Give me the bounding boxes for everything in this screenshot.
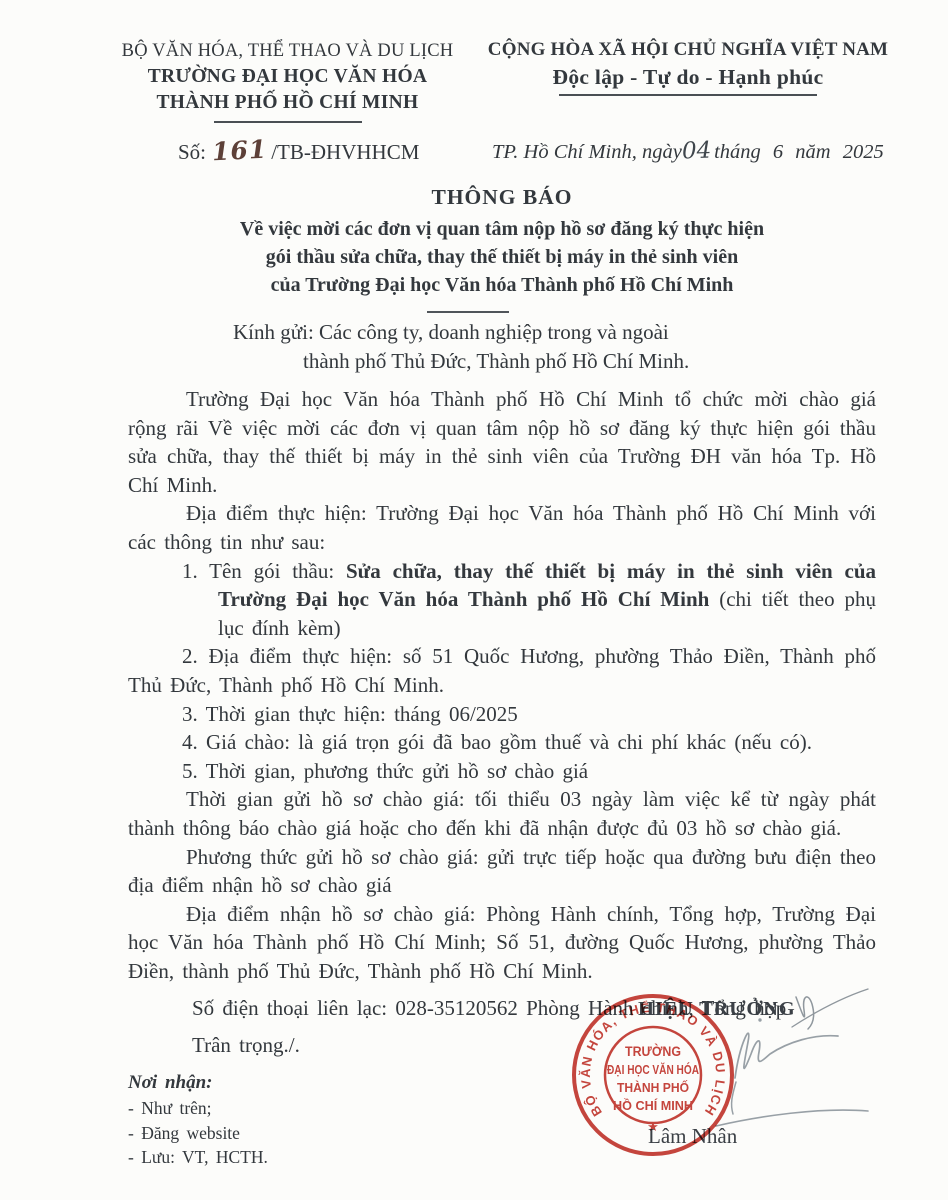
document-page: BỘ VĂN HÓA, THỂ THAO VÀ DU LỊCH TRƯỜNG Đ… <box>0 0 948 1200</box>
recipient-line2: thành phố Thủ Đức, Thành phố Hồ Chí Minh… <box>128 347 768 376</box>
national-motto: Độc lập - Tự do - Hạnh phúc <box>478 62 898 93</box>
list-item-4: 4. Giá chào: là giá trọn gói đã bao gồm … <box>128 728 876 757</box>
signature-dot <box>758 1018 761 1021</box>
org-underline <box>214 121 362 123</box>
university-name-line2: THÀNH PHỐ HỒ CHÍ MINH <box>95 90 480 116</box>
stamp-inner-line2: ĐẠI HỌC VĂN HÓA <box>607 1062 699 1077</box>
motto-underline <box>559 94 817 96</box>
doc-number-suffix: /TB-ĐHVHHCM <box>271 140 419 164</box>
doc-number-label: Số: <box>178 140 206 164</box>
parent-ministry-name: BỘ VĂN HÓA, THỂ THAO VÀ DU LỊCH <box>95 38 480 64</box>
doc-subtitle-line3: của Trường Đại học Văn hóa Thành phố Hồ … <box>128 271 876 299</box>
official-stamp: BỘ VĂN HÓA, THỂ THAO VÀ DU LỊCH TRƯỜNG Đ… <box>568 990 738 1160</box>
body-paragraph-3: Thời gian gửi hồ sơ chào giá: tối thiểu … <box>128 785 876 842</box>
item1-prefix: 1. Tên gói thầu: <box>182 559 346 583</box>
signature-stroke-main <box>735 1033 838 1078</box>
list-item-3: 3. Thời gian thực hiện: tháng 06/2025 <box>128 700 876 729</box>
title-block: THÔNG BÁO Về việc mời các đơn vị quan tâ… <box>128 184 876 299</box>
doc-date-line: TP. Hồ Chí Minh, ngày04tháng 6 năm 2025 <box>492 138 884 164</box>
recipient-block: Kính gửi: Các công ty, doanh nghiệp tron… <box>128 318 768 376</box>
stamp-inner-line4: HỒ CHÍ MINH <box>613 1098 693 1113</box>
signature-stroke-underline <box>716 1110 868 1126</box>
doc-subtitle-line1: Về việc mời các đơn vị quan tâm nộp hồ s… <box>128 215 876 243</box>
body-paragraph-2: Địa điểm thực hiện: Trường Đại học Văn h… <box>128 499 876 556</box>
body-paragraph-1: Trường Đại học Văn hóa Thành phố Hồ Chí … <box>128 385 876 499</box>
doc-number-handwritten: 161 <box>211 135 268 167</box>
doc-number-line: Số:161/TB-ĐHVHHCM <box>178 136 419 165</box>
country-name: CỘNG HÒA XÃ HỘI CHỦ NGHĨA VIỆT NAM <box>478 38 898 62</box>
doc-subtitle-line2: gói thầu sửa chữa, thay thế thiết bị máy… <box>128 243 876 271</box>
doc-title: THÔNG BÁO <box>128 184 876 210</box>
recipient-line1: Kính gửi: Các công ty, doanh nghiệp tron… <box>128 318 768 347</box>
national-header-block: CỘNG HÒA XÃ HỘI CHỦ NGHĨA VIỆT NAM Độc l… <box>478 38 898 96</box>
stamp-inner-line1: TRƯỜNG <box>625 1044 681 1059</box>
date-suffix: tháng 6 năm 2025 <box>714 141 884 163</box>
stamp-star-icon: ★ <box>647 1119 659 1134</box>
list-item-1: 1. Tên gói thầu: Sửa chữa, thay thế thiế… <box>128 557 876 643</box>
list-item-5: 5. Thời gian, phương thức gửi hồ sơ chào… <box>128 757 876 786</box>
title-divider <box>427 311 509 313</box>
list-item-2: 2. Địa điểm thực hiện: số 51 Quốc Hương,… <box>128 642 876 699</box>
date-place-prefix: TP. Hồ Chí Minh, ngày <box>492 141 682 163</box>
date-day-handwritten: 04 <box>681 137 711 164</box>
body-paragraph-4: Phương thức gửi hồ sơ chào giá: gửi trực… <box>128 843 876 900</box>
issuing-org-block: BỘ VĂN HÓA, THỂ THAO VÀ DU LỊCH TRƯỜNG Đ… <box>95 38 480 123</box>
stamp-inner-line3: THÀNH PHỐ <box>617 1080 689 1095</box>
university-name-line1: TRƯỜNG ĐẠI HỌC VĂN HÓA <box>95 64 480 90</box>
signature-strokes <box>716 1018 868 1126</box>
body-paragraph-5: Địa điểm nhận hồ sơ chào giá: Phòng Hành… <box>128 900 876 986</box>
